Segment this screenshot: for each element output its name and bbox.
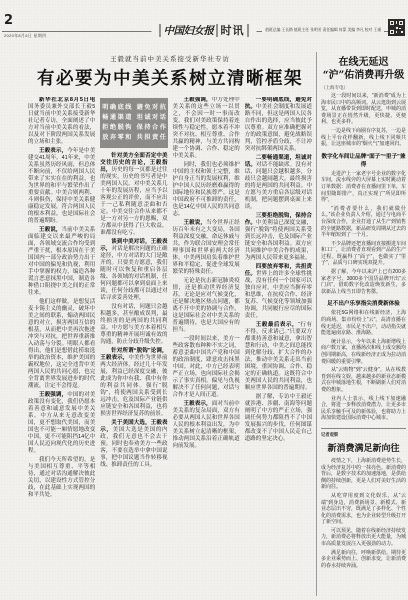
commentary-label: 记者观察: [321, 432, 406, 438]
paragraph: 王毅表示，今年是中美建交41周年。41年来，中美关系虽然历经风雨，但总体不断向前…: [28, 148, 95, 225]
qr-code-icon: [388, 19, 405, 36]
paragraph: 王毅强调，中国的对美政策没有变化，我们仍愿本着善意和诚意发展中美关系。中方从来无…: [28, 392, 95, 455]
paragraph: 没有对话，问题只会越积越多，甚至酿成误判，最终损害的是两国的共同利益。中方愿与美…: [100, 304, 167, 346]
paper-name: 中国妇女报: [164, 23, 214, 38]
paragraph: 王毅说，当今世界正经历百年未有之大变局，各国利益深度交融，命运休戚与共。作为联合…: [173, 220, 240, 276]
keyword-row: 畅通渠道 坦诚对话: [102, 113, 165, 123]
sidebar: 在线无延迟 “沪”佑消费再升级 （上海专电） 这一段时间以来，“新消费”成为上海…: [321, 48, 408, 596]
keyword-row: 拒绝脱钩 保持合作: [102, 123, 165, 133]
paragraph: 王毅最后表示，“行有不得，反求诸己。”只要双方都秉持善意和诚意，拿出智慧和行动，…: [245, 322, 312, 392]
paragraph: 关于美国大选，王毅表示，美国大选是美国的内政，我们无意也不会去干预。同时也奉劝美…: [100, 420, 167, 469]
newspaper-page: 2 2020年8月6日 星期四 中国妇女报 时讯 值班总编 王长路 值班主任 张…: [0, 0, 408, 600]
masthead: 中国妇女报 时讯: [152, 22, 257, 38]
paragraph: 王毅强调，中方处理中美关系的这些立场一以贯之，不会因一时一事而改变。我们对美政策…: [173, 97, 240, 160]
column-divider: [316, 52, 317, 596]
sidebar-byline: （上海专电）: [321, 85, 406, 91]
commentary-headline: 新消费满足新向往: [321, 441, 406, 454]
sidebar-headline-line2: “沪”佑消费再升级: [321, 69, 406, 82]
paragraph: 他们这样做，是想复活麦卡锡主义的幽灵，破坏中美之间的联系，煽动两国民意的对立，损…: [28, 299, 95, 390]
body-column-4: 一要明确底线，避免对抗。中美社会制度和发展道路不同，但这是两国人民各自作出的选择…: [245, 97, 312, 583]
paragraph: 二要畅通渠道，坦诚对话。对话不能缺席。没有对话，问题只会越积越多，分歧只会越闹越…: [245, 155, 312, 211]
paragraph: 针对美方全面否定中美交往历史的言论，王毅指出，历史的每一页都是过往的现实，历史的…: [100, 153, 167, 237]
paragraph: 据了解，专访中王毅还就涉港、涉疆、南海等问题阐明了中方的严正立场，强调任何势力都…: [245, 394, 312, 443]
sidebar-article-consumption: 在线无延迟 “沪”佑消费再升级 （上海专电） 这一段时间以来，“新消费”成为上海…: [321, 56, 406, 422]
paragraph: 无论是抗击新冠肺炎疫情，还是推动世界经济复苏，无论是应对气候变化，还是解决地区热…: [173, 278, 240, 334]
body-column-2: 明确底线 避免对抗 畅通渠道 坦诚对话 拒绝脱钩 保持合作 放弃零和 共担责任 …: [100, 97, 167, 583]
paragraph: 王毅说，当前中美关系面临建交以来最严峻的局面，各领域交流合作均受到严重干扰，根本…: [28, 227, 95, 297]
sidebar-article-commentary: 记者观察 新消费满足新向往 疫情之下，上海新消费逆势生长，成为经济复苏中的一抹亮…: [321, 432, 406, 570]
section-title: 时讯: [221, 22, 245, 38]
masthead-divider: [160, 24, 161, 37]
paragraph: 三要拒绝脱钩，保持合作。中美利益已深度交融，强行“脱钩”将使两国关系受到长远冲击…: [245, 213, 312, 262]
paragraph: 统计显示，今年以来上海新增线上商户数万家，直播场次和线上成交额均创同期新高，在线…: [321, 339, 406, 365]
sidebar-subhead-2: 足不出户乐享指尖消费新体验: [321, 299, 406, 307]
content-area: 王毅就当前中美关系接受新华社专访 有必要为中美关系树立清晰框架 新华社北京8月5…: [0, 48, 408, 596]
page-header: 2 2020年8月6日 星期四 中国妇女报 时讯 值班总编 王长路 值班主任 张…: [0, 0, 408, 48]
paragraph: 业内人士表示，线上线下加速融合，将进一步释放消费潜力，让更多市民乐享触手可及的新…: [321, 396, 406, 422]
paragraph: 同时，我们也必须维护中国的主权和领土完整，维护自身正当的发展权利，维护中国人民历…: [173, 162, 240, 218]
body-column-3: 王毅强调，中方处理中美关系的这些立场一以贯之，不会因一时一事而改变。我们对美政策…: [173, 97, 240, 583]
sidebar-headline-line1: 在线无延迟: [321, 56, 406, 69]
masthead-divider: [217, 24, 218, 37]
body-column-2-text: 针对美方全面否定中美交往历史的言论，王毅指出，历史的每一页都是过往的现实，历史的…: [100, 153, 167, 469]
paragraph: 王毅表示，面对当前中美关系的复杂局面，双方有必要从两国人民和世界各国人民的根本利…: [173, 401, 240, 450]
paragraph: 可以预见，随着在线新经济持续发力，新消费必将释放出更大能量，为城市高质量发展注入…: [321, 528, 406, 548]
paragraph: “消费者要什么，我们就做什么。”该企业负责人介绍，通过与电商平台深度合作，企业打…: [321, 206, 406, 239]
sidebar-divider: [321, 428, 406, 429]
sidebar-subhead-1: 数字化车间让品牌“面子”“里子”兼得: [321, 152, 406, 168]
sidebar-headline: 在线无延迟 “沪”佑消费再升级: [321, 56, 406, 82]
paragraph: 疫情之下，上海新消费逆势生长，成为经济复苏中的一抹亮色。新消费的背后，是数字技术…: [321, 458, 406, 491]
commentary-body: 疫情之下，上海新消费逆势生长，成为经济复苏中的一抹亮色。新消费的背后，是数字技术…: [321, 458, 406, 570]
sidebar-section-1: 走进沪上一家老字号企业的数字化车间，流水线旁的大屏幕上实时跳动着订单数据：消费者…: [321, 171, 406, 296]
article-kicker: 王毅就当前中美关系接受新华社专访: [28, 54, 312, 63]
paragraph: 从吃穿用度到文化娱乐，从“云端”到身边，消费新场景、新模式、新业态层出不穷，既满…: [321, 493, 406, 526]
paragraph: 我们今天所希望的，是与美国相互尊重、平等相待，通过对话沟通解决彼此关切，以建设性…: [28, 457, 95, 499]
keyword-box: 明确底线 避免对抗 畅通渠道 坦诚对话 拒绝脱钩 保持合作 放弃零和 共担责任: [100, 98, 167, 148]
paragraph: 依托5G网络和在线新经济，上海的商场、集市纷纷上“云”。高清直播在线无延迟，市民…: [321, 310, 406, 336]
masthead-divider: [248, 24, 249, 37]
page-number: 2: [4, 13, 13, 28]
paragraph: 这一段时间以来，“新消费”成为上海市民口中的高频词。从云逛街到云展览，从直播带货…: [321, 93, 406, 126]
paragraph: 满足新向往，呼唤新供给。期待更多企业乘势而上、创新求变，让新消费的春水持续奔涌。: [321, 550, 406, 570]
sidebar-section-2: 依托5G网络和在线新经济，上海的商场、集市纷纷上“云”。高清直播在线无延迟，市民…: [321, 310, 406, 422]
sidebar-intro: 这一段时间以来，“新消费”成为上海市民口中的高频词。从云逛街到云展览，从直播带货…: [321, 93, 406, 148]
paragraph: 新华社北京8月5日电 国务委员兼外交部长王毅5日就当前中美关系接受新华社记者专访…: [28, 97, 95, 146]
paragraph: 谈到中美对话，王毅表示，对话是解决问题的正确途径，中方对话的大门是敞开的。只要美…: [100, 239, 167, 302]
keyword-row: 放弃零和 共担责任: [102, 133, 165, 143]
paragraph: 据了解，今年以来沪上已有200多家老字号、3000多个国货品牌开出“云门店”，借…: [321, 269, 406, 295]
paragraph: 从“云购物”到“云健身”，从在线教育到在线文娱，越来越多的新业态新模式在申城落地…: [321, 367, 406, 393]
paragraph: 不少品牌还把直播间直接搬进车间和工厂，让消费者直观看到产品的生产过程。既赢得了“…: [321, 241, 406, 267]
paragraph: 针对所谓“脱钩”论调，王毅表示，中美作为世界前两大经济体，经过几十年发展，利益已…: [100, 348, 167, 418]
main-article: 王毅就当前中美关系接受新华社专访 有必要为中美关系树立清晰框架 新华社北京8月5…: [28, 48, 312, 596]
paragraph: 走进沪上一家老字号企业的数字化车间，流水线旁的大屏幕上实时跳动着订单数据：消费者…: [321, 171, 406, 204]
paragraph: 四要放弃零和，共担责任。世界上的许多全球性挑战，没有任何一个国家可以独自应对。中…: [245, 264, 312, 320]
article-columns: 新华社北京8月5日电 国务委员兼外交部长王毅5日就当前中美关系接受新华社记者专访…: [28, 97, 312, 583]
paragraph: 一段时间以来，美方一些政客散布种种不实之词，蓄意歪曲中国共产党和中国的政治制度，…: [173, 336, 240, 399]
body-column-1: 新华社北京8月5日电 国务委员兼外交部长王毅5日就当前中美关系接受新华社记者专访…: [28, 97, 95, 583]
article-headline: 有必要为中美关系树立清晰框架: [28, 65, 312, 90]
page-date: 2020年8月6日 星期四: [4, 33, 46, 39]
paragraph: 一要明确底线，避免对抗。中美社会制度和发展道路不同，但这是两国人民各自作出的选择…: [245, 97, 312, 153]
keyword-row: 明确底线 避免对抗: [102, 103, 165, 113]
paragraph: 一边是线下商圈有序复苏，一边是线上平台花样翻新，线上线下同频共振，让这座城市的“…: [321, 128, 406, 148]
editor-credits: 值班总编 王长路 值班主任 张明芳 责任编辑 何蒙 美编 李凡 校对 王谨: [262, 28, 384, 33]
